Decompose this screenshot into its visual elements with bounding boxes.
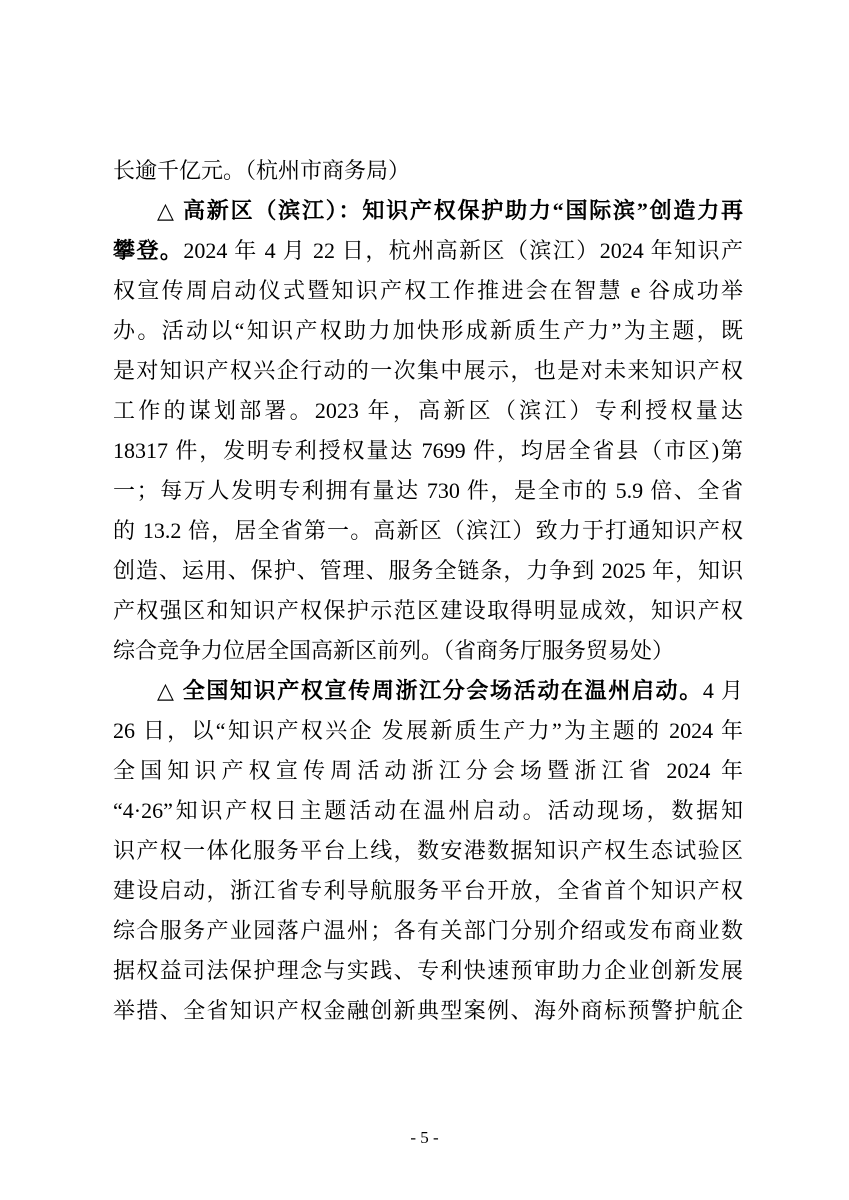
text-segment: 综合竞争力位居全国高新区前列。（省商务厅服务贸易处） (113, 638, 674, 663)
text-segment: “4·26”知识产权日主题活动在温州启动。活动现场，数据知 (113, 798, 743, 823)
text-line: 权宣传周启动仪式暨知识产权工作推进会在智慧 e 谷成功举 (113, 271, 743, 311)
bold-text-segment: △ 全国知识产权宣传周浙江分会场活动在温州启动。 (157, 678, 703, 703)
text-segment: 创造、运用、保护、管理、服务全链条，力争到 2025 年，知识 (113, 558, 743, 583)
text-segment: 4 月 (703, 678, 743, 703)
text-line: “4·26”知识产权日主题活动在温州启动。活动现场，数据知 (113, 791, 743, 831)
bold-text-segment: 攀登。 (113, 238, 183, 263)
page-footer: - 5 - (0, 1126, 849, 1150)
text-line: 长逾千亿元。（杭州市商务局） (113, 151, 743, 191)
text-line: 办。活动以“知识产权助力加快形成新质生产力”为主题，既 (113, 311, 743, 351)
text-segment: 识产权一体化服务平台上线，数安港数据知识产权生态试验区 (113, 838, 743, 863)
text-segment: 18317 件，发明专利授权量达 7699 件，均居全省县（市区)第 (113, 438, 743, 463)
text-segment: 26 日，以“知识产权兴企 发展新质生产力”为主题的 2024 年 (113, 718, 743, 743)
text-segment: 是对知识产权兴企行动的一次集中展示，也是对未来知识产权 (113, 358, 743, 383)
text-line: 识产权一体化服务平台上线，数安港数据知识产权生态试验区 (113, 831, 743, 871)
text-line: 全国知识产权宣传周活动浙江分会场暨浙江省 2024 年 (113, 751, 743, 791)
text-line: 的 13.2 倍，居全省第一。高新区（滨江）致力于打通知识产权 (113, 511, 743, 551)
text-line: 综合服务产业园落户温州；各有关部门分别介绍或发布商业数 (113, 911, 743, 951)
page-number: - 5 - (410, 1128, 438, 1147)
text-segment: 的 13.2 倍，居全省第一。高新区（滨江）致力于打通知识产权 (113, 518, 743, 543)
text-line: 是对知识产权兴企行动的一次集中展示，也是对未来知识产权 (113, 351, 743, 391)
text-segment: 长逾千亿元。（杭州市商务局） (113, 158, 410, 183)
text-line: 一；每万人发明专利拥有量达 730 件，是全市的 5.9 倍、全省 (113, 471, 743, 511)
text-line: △ 全国知识产权宣传周浙江分会场活动在温州启动。4 月 (113, 671, 743, 711)
text-segment: 2024 年 4 月 22 日，杭州高新区（滨江）2024 年知识产 (183, 238, 743, 263)
text-segment: 综合服务产业园落户温州；各有关部门分别介绍或发布商业数 (113, 918, 743, 943)
text-line: 创造、运用、保护、管理、服务全链条，力争到 2025 年，知识 (113, 551, 743, 591)
text-line: △ 高新区（滨江）：知识产权保护助力“国际滨”创造力再 (113, 191, 743, 231)
text-segment: 工作的谋划部署。2023 年，高新区（滨江）专利授权量达 (113, 398, 743, 423)
text-segment: 产权强区和知识产权保护示范区建设取得明显成效，知识产权 (113, 598, 743, 623)
text-segment: 据权益司法保护理念与实践、专利快速预审助力企业创新发展 (113, 958, 743, 983)
text-segment: 一；每万人发明专利拥有量达 730 件，是全市的 5.9 倍、全省 (113, 478, 743, 503)
text-segment: 全国知识产权宣传周活动浙江分会场暨浙江省 2024 年 (113, 758, 743, 783)
page-body-text: 长逾千亿元。（杭州市商务局）△ 高新区（滨江）：知识产权保护助力“国际滨”创造力… (113, 151, 743, 1031)
text-line: 18317 件，发明专利授权量达 7699 件，均居全省县（市区)第 (113, 431, 743, 471)
text-segment: 办。活动以“知识产权助力加快形成新质生产力”为主题，既 (113, 318, 743, 343)
text-segment: 举措、全省知识产权金融创新典型案例、海外商标预警护航企 (113, 998, 743, 1023)
text-line: 产权强区和知识产权保护示范区建设取得明显成效，知识产权 (113, 591, 743, 631)
text-line: 举措、全省知识产权金融创新典型案例、海外商标预警护航企 (113, 991, 743, 1031)
text-segment: 权宣传周启动仪式暨知识产权工作推进会在智慧 e 谷成功举 (113, 278, 743, 303)
text-line: 建设启动，浙江省专利导航服务平台开放，全省首个知识产权 (113, 871, 743, 911)
text-line: 据权益司法保护理念与实践、专利快速预审助力企业创新发展 (113, 951, 743, 991)
text-line: 综合竞争力位居全国高新区前列。（省商务厅服务贸易处） (113, 631, 743, 671)
text-line: 攀登。2024 年 4 月 22 日，杭州高新区（滨江）2024 年知识产 (113, 231, 743, 271)
text-line: 工作的谋划部署。2023 年，高新区（滨江）专利授权量达 (113, 391, 743, 431)
text-line: 26 日，以“知识产权兴企 发展新质生产力”为主题的 2024 年 (113, 711, 743, 751)
bold-text-segment: △ 高新区（滨江）：知识产权保护助力“国际滨”创造力再 (157, 198, 743, 223)
document-page: 长逾千亿元。（杭州市商务局）△ 高新区（滨江）：知识产权保护助力“国际滨”创造力… (0, 0, 849, 1200)
text-segment: 建设启动，浙江省专利导航服务平台开放，全省首个知识产权 (113, 878, 743, 903)
